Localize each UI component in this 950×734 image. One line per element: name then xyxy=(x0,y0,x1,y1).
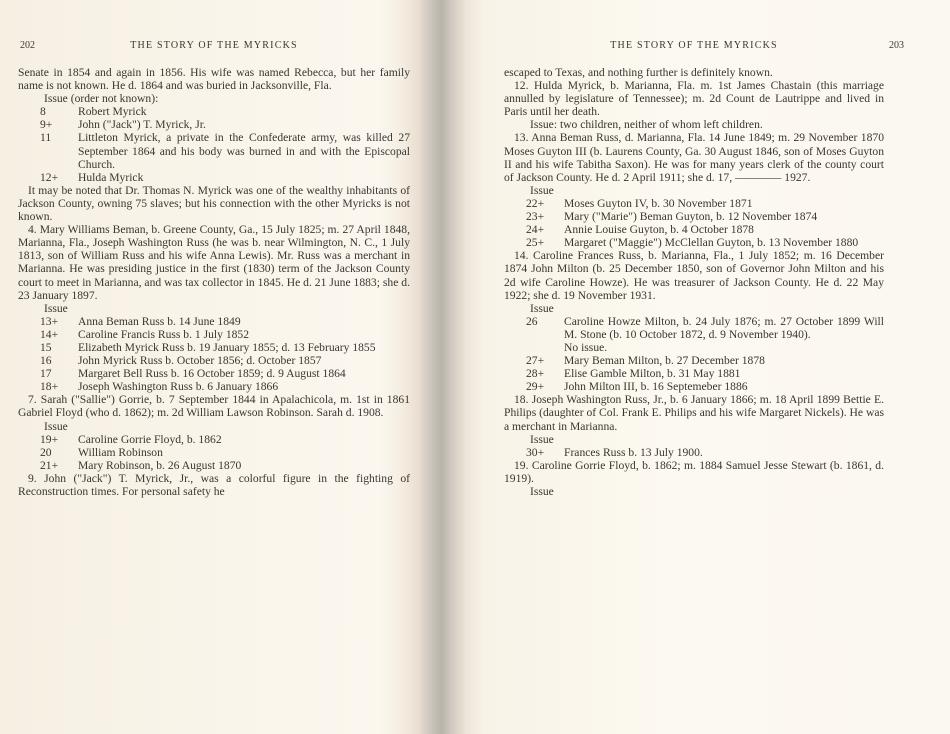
paragraph: 13. Anna Beman Russ, d. Marianna, Fla. 1… xyxy=(504,131,884,183)
entry-text: Caroline Francis Russ b. 1 July 1852 xyxy=(78,328,410,341)
entry-number: 27+ xyxy=(526,354,562,367)
entry-text: Margaret ("Maggie") McClellan Guyton, b.… xyxy=(564,236,884,249)
entry-number: 15 xyxy=(40,341,76,354)
page-body: Senate in 1854 and again in 1856. His wi… xyxy=(18,66,410,498)
entry-number: 20 xyxy=(40,446,76,459)
paragraph: 12. Hulda Myrick, b. Marianna, Fla. m. 1… xyxy=(504,79,884,118)
issue-entry: 27+Mary Beman Milton, b. 27 December 187… xyxy=(504,354,884,367)
issue-entry: 14+Caroline Francis Russ b. 1 July 1852 xyxy=(18,328,410,341)
entry-number: 21+ xyxy=(40,459,76,472)
issue-heading: Issue xyxy=(504,302,884,315)
entry-text: Caroline Gorrie Floyd, b. 1862 xyxy=(78,433,410,446)
issue-entry: 19+Caroline Gorrie Floyd, b. 1862 xyxy=(18,433,410,446)
entry-text: Elise Gamble Milton, b. 31 May 1881 xyxy=(564,367,884,380)
paragraph: 18. Joseph Washington Russ, Jr., b. 6 Ja… xyxy=(504,393,884,432)
issue-entry: 11Littleton Myrick, a private in the Con… xyxy=(18,131,410,170)
issue-entry: 8Robert Myrick xyxy=(18,105,410,118)
right-page: THE STORY OF THE MYRICKS 203 escaped to … xyxy=(504,0,884,734)
paragraph: It may be noted that Dr. Thomas N. Myric… xyxy=(18,184,410,223)
entry-number: 14+ xyxy=(40,328,76,341)
running-head: 202 THE STORY OF THE MYRICKS xyxy=(18,40,410,54)
entry-number: 17 xyxy=(40,367,76,380)
issue-heading: Issue xyxy=(504,184,884,197)
running-title: THE STORY OF THE MYRICKS xyxy=(504,40,884,51)
entry-number: 26 xyxy=(526,315,562,328)
entry-number: 22+ xyxy=(526,197,562,210)
issue-entry: 15Elizabeth Myrick Russ b. 19 January 18… xyxy=(18,341,410,354)
entry-number: 29+ xyxy=(526,380,562,393)
entry-text: Mary ("Marie") Beman Guyton, b. 12 Novem… xyxy=(564,210,884,223)
entry-text: Moses Guyton IV, b. 30 November 1871 xyxy=(564,197,884,210)
left-page: 202 THE STORY OF THE MYRICKS Senate in 1… xyxy=(18,0,410,734)
paragraph: 14. Caroline Frances Russ, b. Marianna, … xyxy=(504,249,884,301)
paragraph: 7. Sarah ("Sallie") Gorrie, b. 7 Septemb… xyxy=(18,393,410,419)
entry-text: Annie Louise Guyton, b. 4 October 1878 xyxy=(564,223,884,236)
book-spread: 202 THE STORY OF THE MYRICKS Senate in 1… xyxy=(0,0,950,734)
issue-entry: 13+Anna Beman Russ b. 14 June 1849 xyxy=(18,315,410,328)
issue-heading: Issue xyxy=(18,420,410,433)
entry-text: Margaret Bell Russ b. 16 October 1859; d… xyxy=(78,367,410,380)
entry-text: Mary Beman Milton, b. 27 December 1878 xyxy=(564,354,884,367)
issue-entry: 17Margaret Bell Russ b. 16 October 1859;… xyxy=(18,367,410,380)
issue-heading: Issue (order not known): xyxy=(18,92,410,105)
paragraph: 4. Mary Williams Beman, b. Greene County… xyxy=(18,223,410,302)
entry-number: 28+ xyxy=(526,367,562,380)
entry-number: 9+ xyxy=(40,118,76,131)
entry-number: 30+ xyxy=(526,446,562,459)
issue-entry: 9+John ("Jack") T. Myrick, Jr. xyxy=(18,118,410,131)
running-head: THE STORY OF THE MYRICKS 203 xyxy=(504,40,884,54)
issue-entry: 22+Moses Guyton IV, b. 30 November 1871 xyxy=(504,197,884,210)
entry-text: Hulda Myrick xyxy=(78,171,410,184)
entry-text: Joseph Washington Russ b. 6 January 1866 xyxy=(78,380,410,393)
no-issue-note: No issue. xyxy=(504,341,884,354)
issue-entry: 21+Mary Robinson, b. 26 August 1870 xyxy=(18,459,410,472)
issue-entry: 24+Annie Louise Guyton, b. 4 October 187… xyxy=(504,223,884,236)
entry-text: Robert Myrick xyxy=(78,105,410,118)
page-number: 203 xyxy=(889,40,904,51)
paragraph: Senate in 1854 and again in 1856. His wi… xyxy=(18,66,410,92)
page-body: escaped to Texas, and nothing further is… xyxy=(504,66,884,498)
entry-number: 8 xyxy=(40,105,76,118)
entry-text: Anna Beman Russ b. 14 June 1849 xyxy=(78,315,410,328)
paragraph: 19. Caroline Gorrie Floyd, b. 1862; m. 1… xyxy=(504,459,884,485)
entry-text: Elizabeth Myrick Russ b. 19 January 1855… xyxy=(78,341,410,354)
issue-entry: 25+Margaret ("Maggie") McClellan Guyton,… xyxy=(504,236,884,249)
issue-heading: Issue: two children, neither of whom lef… xyxy=(504,118,884,131)
entry-number: 24+ xyxy=(526,223,562,236)
issue-entry: 18+Joseph Washington Russ b. 6 January 1… xyxy=(18,380,410,393)
issue-heading: Issue xyxy=(504,485,884,498)
entry-text: William Robinson xyxy=(78,446,410,459)
entry-number: 19+ xyxy=(40,433,76,446)
running-title: THE STORY OF THE MYRICKS xyxy=(18,40,410,51)
issue-entry: 28+Elise Gamble Milton, b. 31 May 1881 xyxy=(504,367,884,380)
issue-entry: 23+Mary ("Marie") Beman Guyton, b. 12 No… xyxy=(504,210,884,223)
paragraph: escaped to Texas, and nothing further is… xyxy=(504,66,884,79)
issue-entry: 16John Myrick Russ b. October 1856; d. O… xyxy=(18,354,410,367)
issue-entry: 30+Frances Russ b. 13 July 1900. xyxy=(504,446,884,459)
issue-entry: 20William Robinson xyxy=(18,446,410,459)
entry-number: 23+ xyxy=(526,210,562,223)
entry-text: Frances Russ b. 13 July 1900. xyxy=(564,446,884,459)
entry-text: Littleton Myrick, a private in the Confe… xyxy=(78,131,410,170)
entry-number: 12+ xyxy=(40,171,76,184)
paragraph: 9. John ("Jack") T. Myrick, Jr., was a c… xyxy=(18,472,410,498)
entry-text: Mary Robinson, b. 26 August 1870 xyxy=(78,459,410,472)
issue-entry: 12+Hulda Myrick xyxy=(18,171,410,184)
entry-number: 13+ xyxy=(40,315,76,328)
entry-text: John ("Jack") T. Myrick, Jr. xyxy=(78,118,410,131)
entry-number: 16 xyxy=(40,354,76,367)
issue-heading: Issue xyxy=(18,302,410,315)
entry-text: Caroline Howze Milton, b. 24 July 1876; … xyxy=(564,315,884,341)
entry-number: 11 xyxy=(40,131,76,144)
issue-entry: 26Caroline Howze Milton, b. 24 July 1876… xyxy=(504,315,884,341)
entry-number: 18+ xyxy=(40,380,76,393)
entry-text: John Milton III, b. 16 Septemeber 1886 xyxy=(564,380,884,393)
entry-number: 25+ xyxy=(526,236,562,249)
issue-entry: 29+John Milton III, b. 16 Septemeber 188… xyxy=(504,380,884,393)
issue-heading: Issue xyxy=(504,433,884,446)
entry-text: John Myrick Russ b. October 1856; d. Oct… xyxy=(78,354,410,367)
